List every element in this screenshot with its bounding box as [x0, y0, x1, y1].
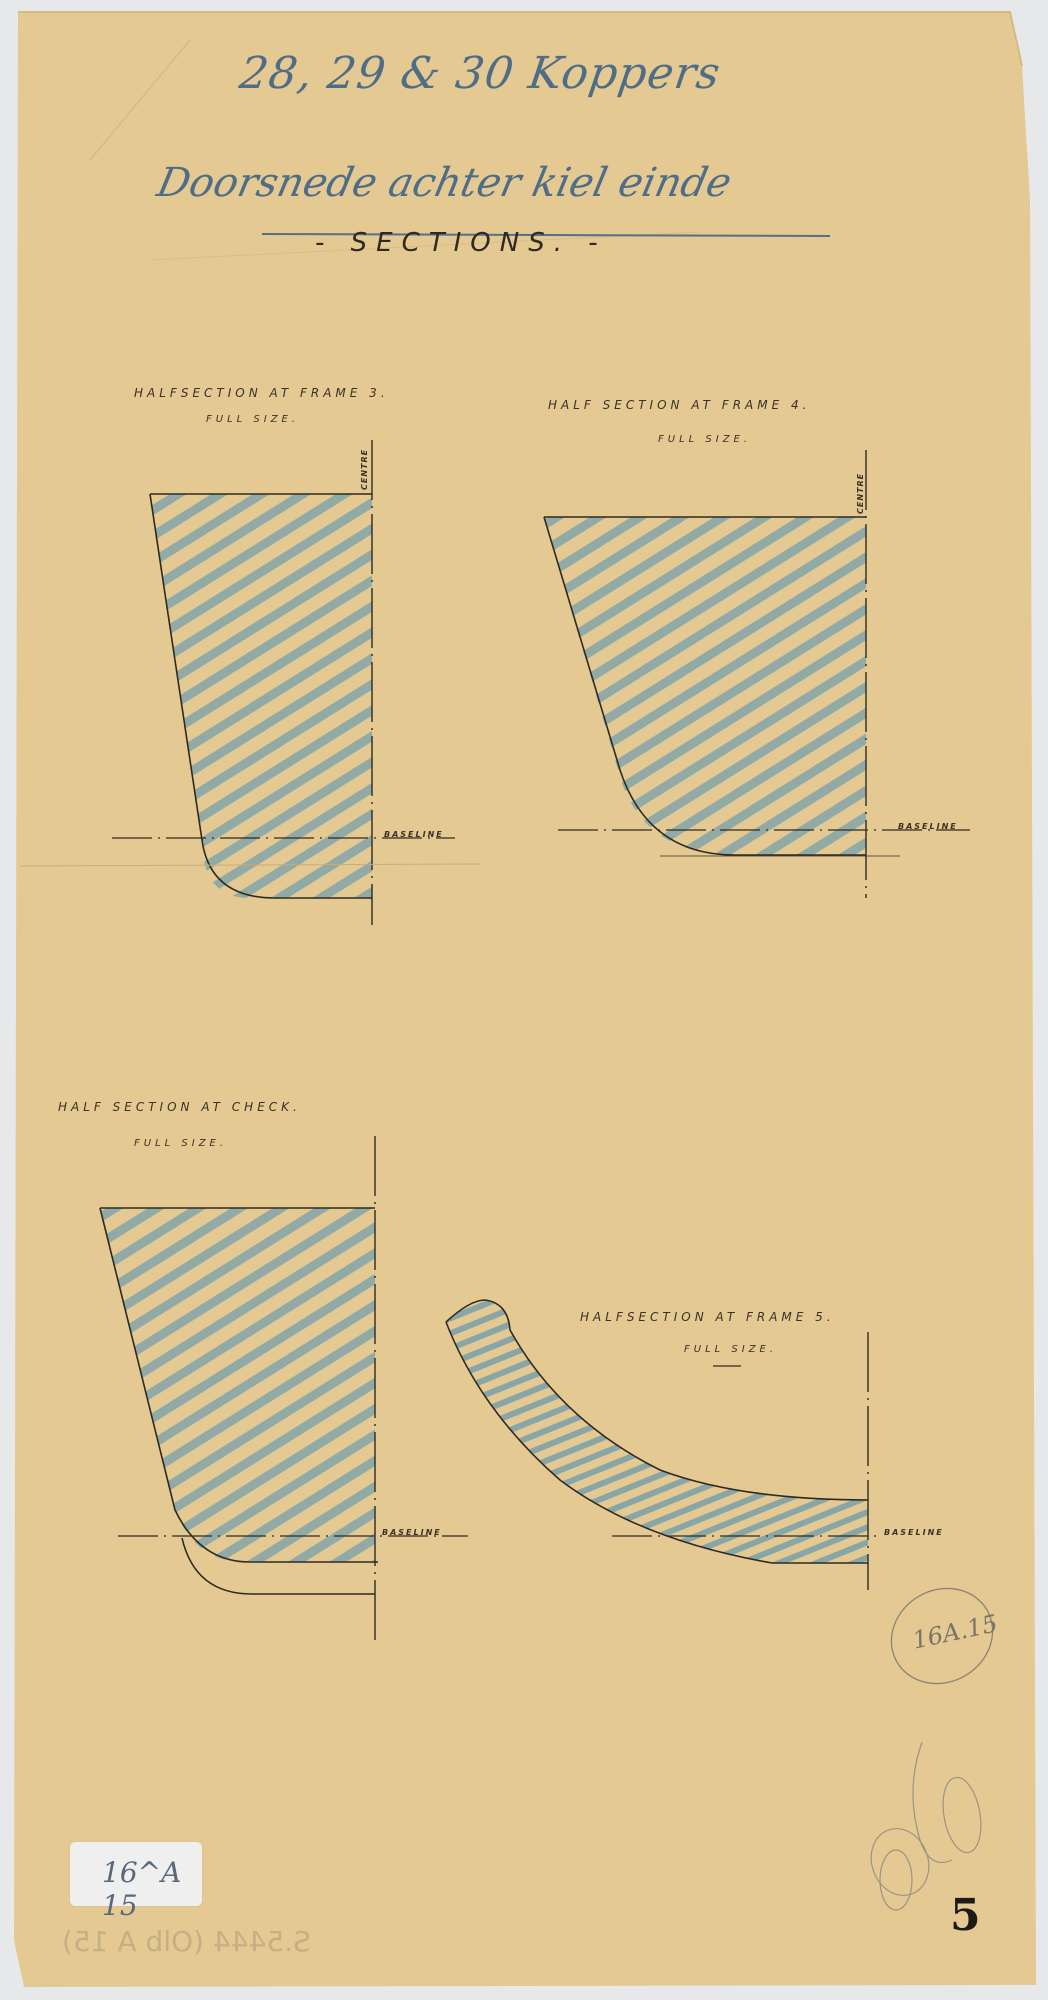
section-check-baseline-label: BASELINE: [382, 1528, 442, 1537]
section-frame4-scale: FULL SIZE.: [658, 434, 751, 445]
bleed-through-text: S.5444 (Olb A 15): [62, 1925, 311, 1958]
handwritten-title-line1: 28, 29 & 30 Koppers: [236, 48, 723, 99]
section-frame5-baseline-label: BASELINE: [884, 1528, 944, 1537]
section-frame4-centre-label: CENTRE: [856, 473, 865, 514]
section-frame5-scale: FULL SIZE.: [684, 1344, 777, 1355]
paper: [14, 12, 1036, 1987]
handwritten-title-line2: Doorsnede achter kiel einde: [153, 160, 735, 206]
section-frame4-baseline-label: BASELINE: [898, 822, 958, 831]
section-frame3-centre-label: CENTRE: [360, 449, 369, 490]
section-frame3-baseline-label: BASELINE: [384, 830, 444, 839]
page-title: - SECTIONS. -: [315, 228, 607, 258]
section-check-title: HALF SECTION AT CHECK.: [58, 1100, 301, 1114]
drawing-sheet: [0, 0, 1048, 2000]
sheet-number: 5: [950, 1890, 981, 1941]
section-frame4-title: HALF SECTION AT FRAME 4.: [548, 398, 810, 412]
section-frame5-title: HALFSECTION AT FRAME 5.: [580, 1310, 835, 1324]
section-frame3-title: HALFSECTION AT FRAME 3.: [134, 386, 389, 400]
section-check-scale: FULL SIZE.: [134, 1138, 227, 1149]
section-frame3-scale: FULL SIZE.: [206, 414, 299, 425]
